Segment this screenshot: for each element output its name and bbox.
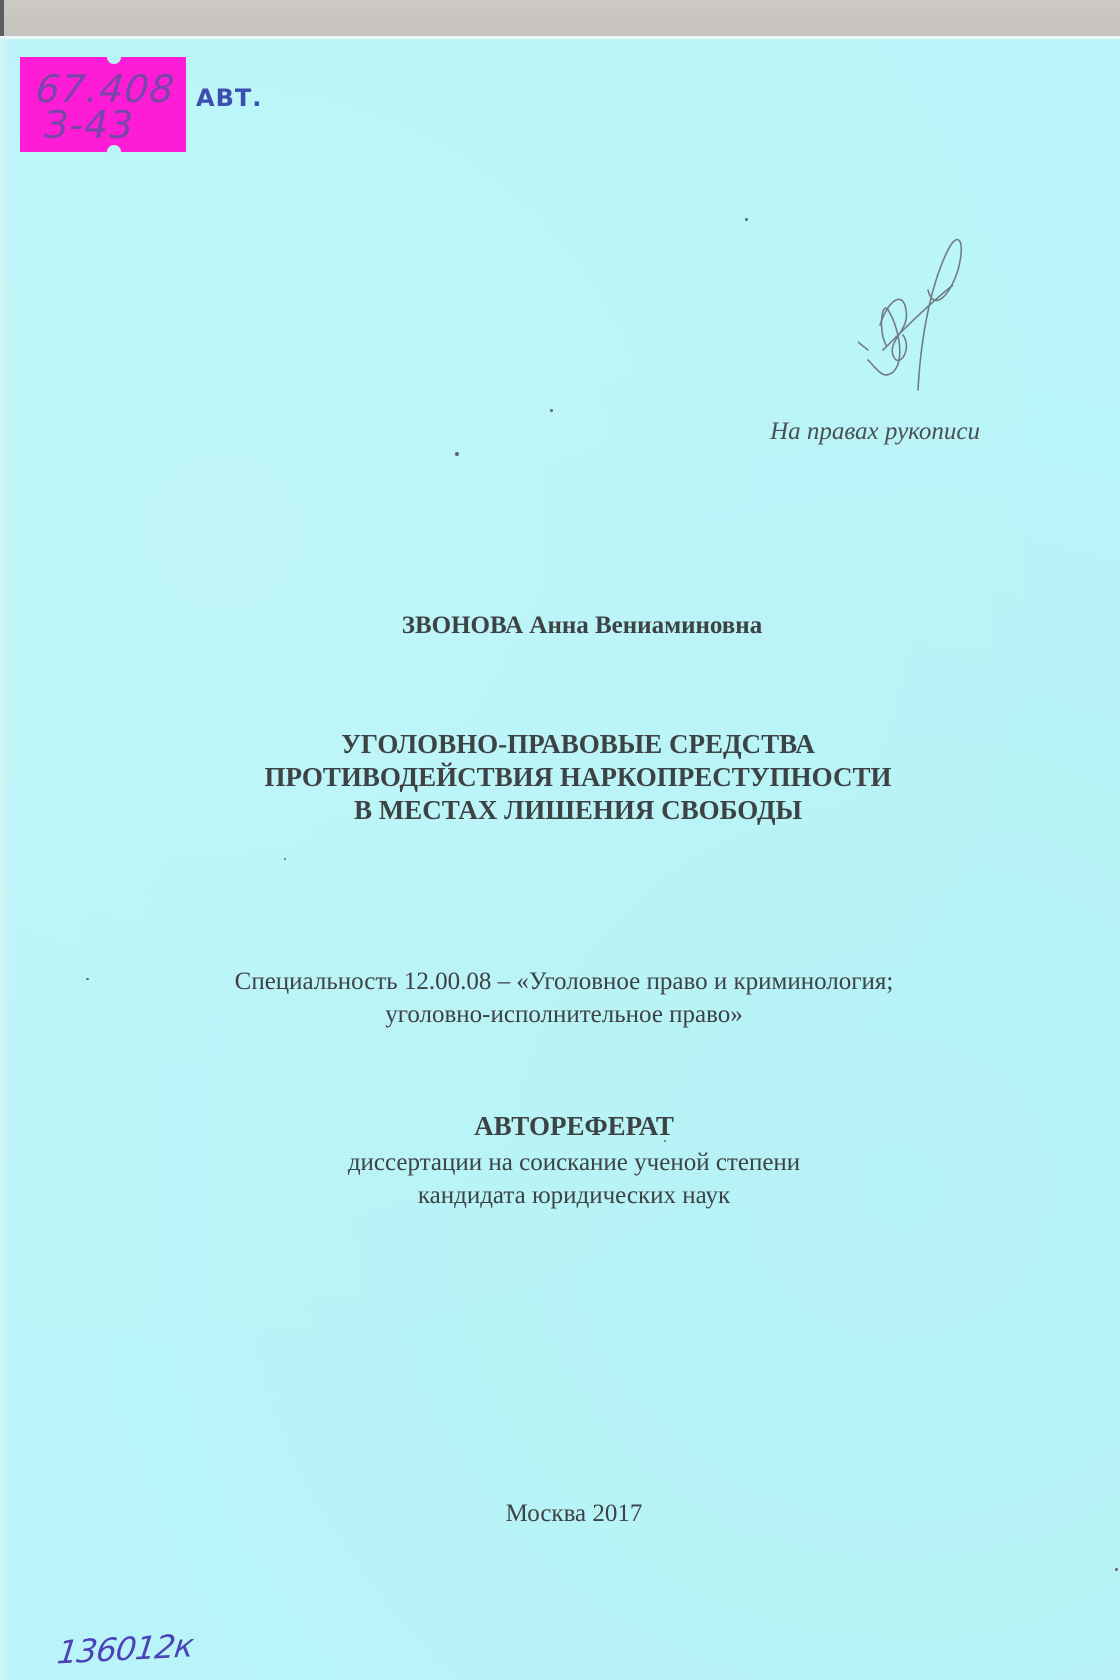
- abstract-mark: АВТ.: [196, 84, 262, 112]
- dissertation-title: УГОЛОВНО-ПРАВОВЫЕ СРЕДСТВА ПРОТИВОДЕЙСТВ…: [18, 728, 1120, 827]
- scanner-edge-shadow: [0, 0, 4, 40]
- scan-speck: [550, 409, 553, 412]
- page-edge: [0, 36, 12, 1680]
- specialty-line: уголовно-исполнительное право»: [4, 998, 1120, 1031]
- degree-line: диссертации на соискание ученой степени: [14, 1146, 1120, 1179]
- author-name: ЗВОНОВА Анна Вениаминовна: [22, 612, 1120, 640]
- signature-icon: [858, 230, 968, 400]
- sticker-notch: [107, 145, 121, 159]
- rights-notice: На правах рукописи: [600, 418, 980, 446]
- specialty: Специальность 12.00.08 – «Уголовное прав…: [4, 965, 1120, 1031]
- title-line: УГОЛОВНО-ПРАВОВЫЕ СРЕДСТВА: [18, 728, 1120, 761]
- scan-speck: [745, 218, 748, 221]
- author-sign-code: З-43: [44, 106, 134, 144]
- degree-line: кандидата юридических наук: [14, 1179, 1120, 1212]
- work-type-heading: АВТОРЕФЕРАТ: [14, 1111, 1120, 1142]
- city-year: Москва 2017: [14, 1500, 1120, 1528]
- sticker-notch: [107, 50, 121, 64]
- scan-speck: [455, 452, 459, 456]
- title-line: В МЕСТАХ ЛИШЕНИЯ СВОБОДЫ: [18, 794, 1120, 827]
- scan-speck: [1115, 1568, 1118, 1571]
- specialty-line: Специальность 12.00.08 – «Уголовное прав…: [4, 965, 1120, 998]
- scanner-background: [0, 0, 1120, 40]
- title-line: ПРОТИВОДЕЙСТВИЯ НАРКОПРЕСТУПНОСТИ: [18, 761, 1120, 794]
- scan-speck: [284, 858, 286, 860]
- degree-description: диссертации на соискание ученой степени …: [14, 1146, 1120, 1212]
- inventory-number: 136012к: [55, 1627, 195, 1672]
